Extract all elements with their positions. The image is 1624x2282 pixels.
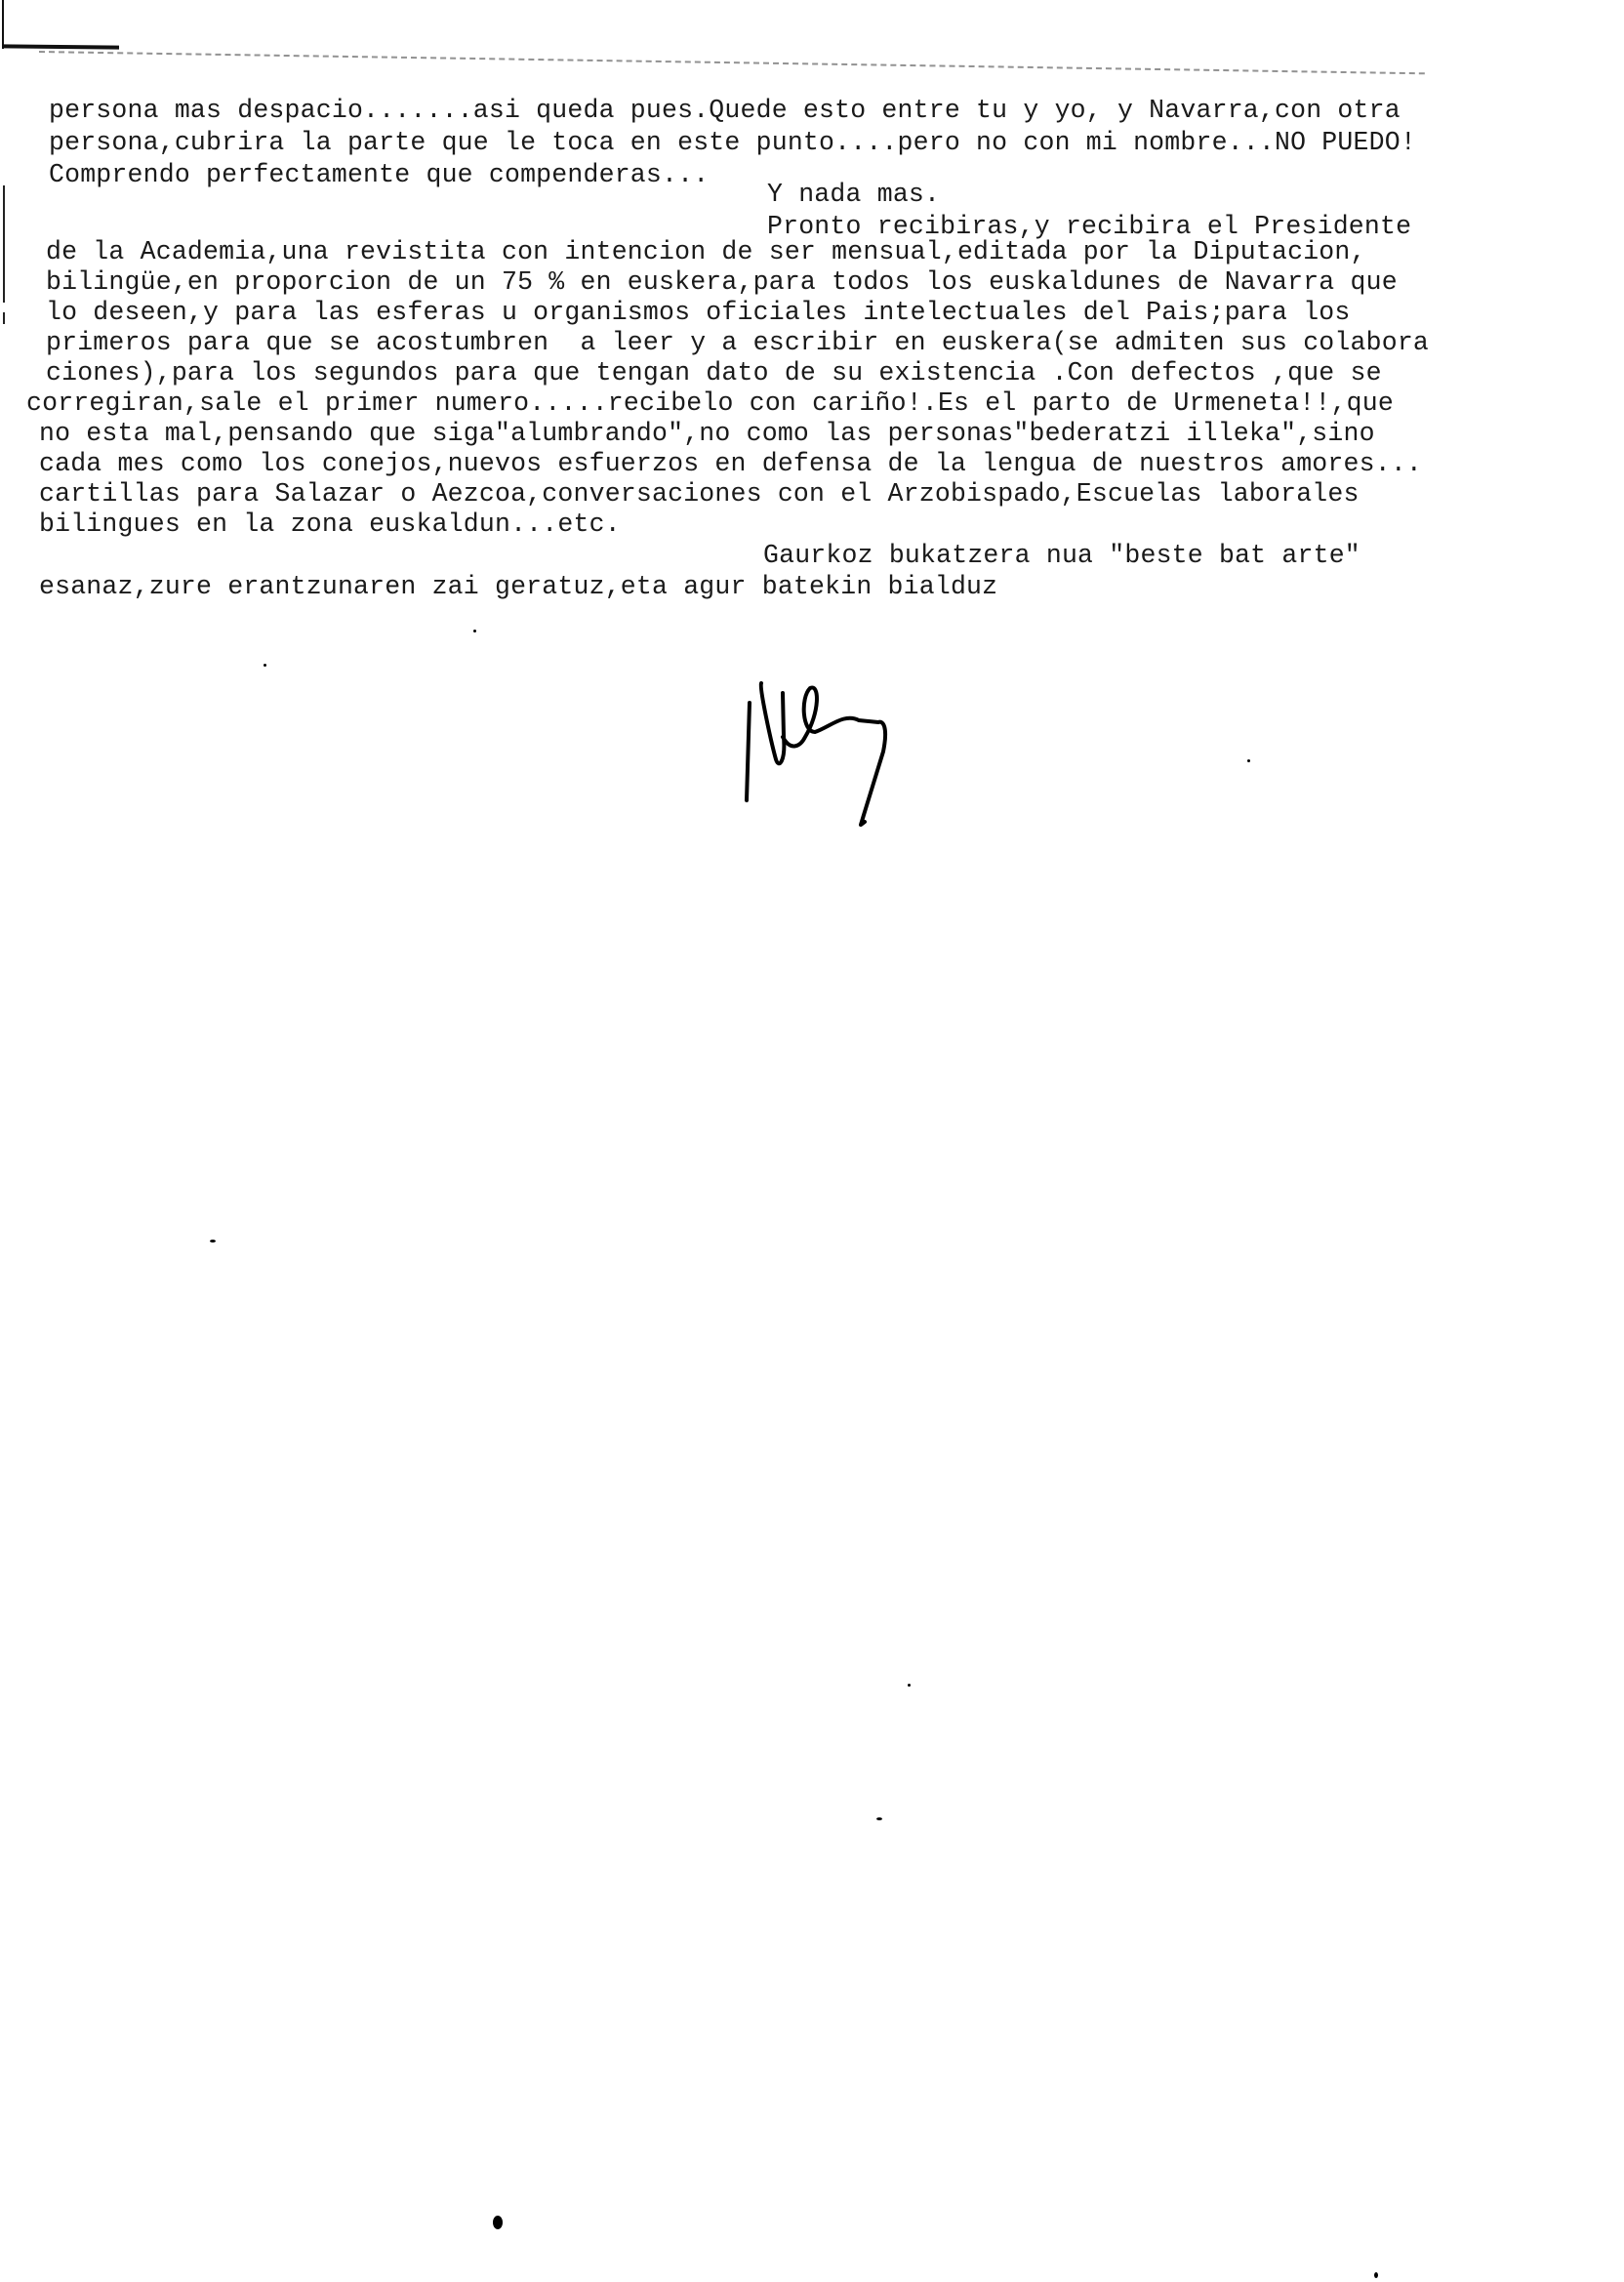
text-line: corregiran,sale el primer numero.....rec… bbox=[26, 390, 1394, 417]
text-line: primeros para que se acostumbren a leer … bbox=[46, 330, 1429, 356]
ink-speck bbox=[876, 1817, 882, 1820]
ink-speck bbox=[264, 664, 266, 667]
text-line: bilingues en la zona euskaldun...etc. bbox=[39, 511, 621, 538]
text-line: de la Academia,una revistita con intenci… bbox=[46, 239, 1366, 265]
margin-mark bbox=[3, 185, 5, 303]
text-line: ciones),para los segundos para que tenga… bbox=[46, 360, 1382, 387]
text-line: persona mas despacio.......asi queda pue… bbox=[49, 98, 1401, 124]
text-line: Y nada mas. bbox=[767, 182, 940, 208]
margin-mark bbox=[3, 312, 5, 324]
ink-speck bbox=[1374, 2272, 1378, 2278]
text-line: cada mes como los conejos,nuevos esfuerz… bbox=[39, 451, 1422, 477]
corner-mark bbox=[2, 44, 119, 49]
text-line: esanaz,zure erantzunaren zai geratuz,eta… bbox=[39, 574, 997, 600]
ink-speck bbox=[210, 1240, 216, 1243]
ink-speck bbox=[908, 1684, 911, 1687]
text-line: Gaurkoz bukatzera nua "beste bat arte" bbox=[763, 543, 1360, 569]
text-line: no esta mal,pensando que siga"alumbrando… bbox=[39, 421, 1375, 447]
text-line: persona,cubrira la parte que le toca en … bbox=[49, 130, 1416, 156]
top-edge-dashes bbox=[39, 51, 1425, 74]
text-line: Pronto recibiras,y recibira el President… bbox=[767, 214, 1411, 240]
corner-mark bbox=[2, 0, 4, 49]
text-line: Comprendo perfectamente que compenderas.… bbox=[49, 162, 709, 188]
handwritten-signature bbox=[732, 644, 1005, 839]
text-line: cartillas para Salazar o Aezcoa,conversa… bbox=[39, 481, 1360, 508]
text-line: lo deseen,y para las esferas u organismo… bbox=[46, 300, 1351, 326]
text-line: bilingüe,en proporcion de un 75 % en eus… bbox=[46, 269, 1398, 296]
ink-speck bbox=[1247, 759, 1250, 762]
ink-spot bbox=[493, 2216, 503, 2229]
letter-page: persona mas despacio.......asi queda pue… bbox=[0, 0, 1624, 2282]
ink-speck bbox=[473, 630, 476, 632]
